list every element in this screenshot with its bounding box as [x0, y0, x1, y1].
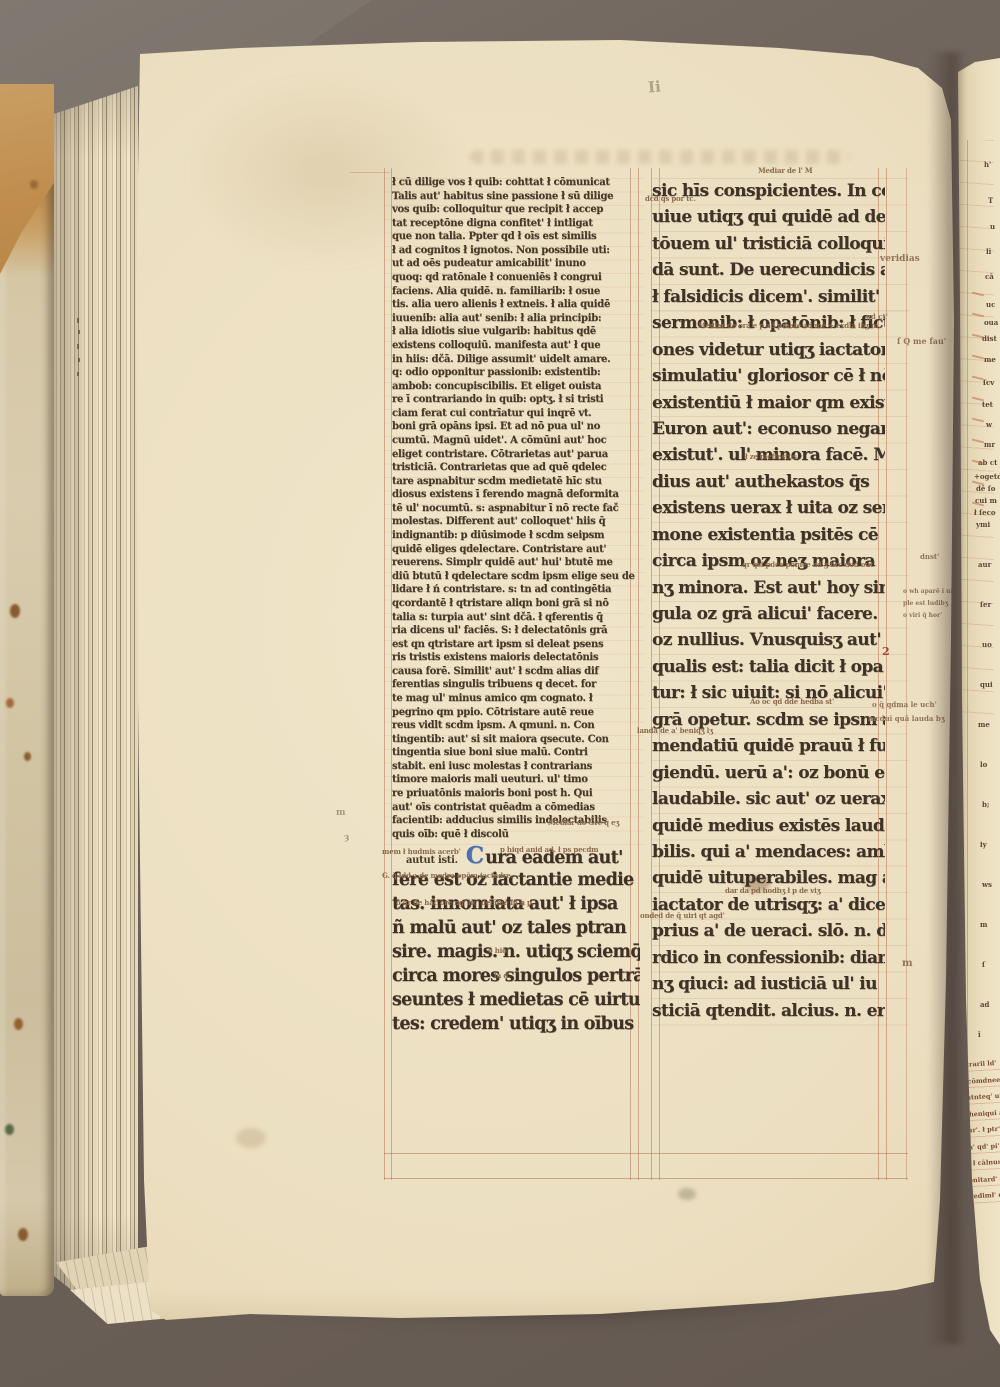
- manuscript-text-line: tingentia siue boni siue malū. Contri: [392, 746, 638, 760]
- blue-paraph-initial: C: [466, 842, 484, 868]
- facing-page-text-fragment: me: [984, 355, 996, 364]
- manuscript-text-line: ciam ferat cui contrīatur qui inqrē vt.: [392, 407, 638, 421]
- manuscript-text-line: ñ malū aut' oz tales ptran: [392, 916, 640, 940]
- binding-stain: [14, 1018, 23, 1030]
- ruling-line: [384, 1178, 908, 1179]
- manuscript-text-line: tare aspnabitur scdm medietatē hīc stu: [392, 475, 638, 489]
- margin-note: o q̄ qdma le uch': [872, 700, 937, 709]
- manuscript-text-line: ambob: concupiscibilis. Et eliget ouista: [392, 380, 638, 394]
- facing-page-text-fragment: ymi: [976, 520, 990, 529]
- interlinear-gloss: Mediar de l' M: [758, 166, 812, 175]
- binding-stain-green: [5, 1124, 14, 1135]
- facing-page-text-fragment: ws: [982, 880, 992, 889]
- manuscript-text-line: bilis. qui a' mendaces: ambo: [652, 839, 885, 865]
- line-end-small-script: autut isti.: [392, 855, 458, 866]
- margin-note: ſ Q me fau': [897, 336, 946, 346]
- manuscript-text-line: tis. alia uero alienis ł extneis. ł alia…: [392, 298, 638, 312]
- interlinear-gloss: ł ze meffestus: [745, 452, 797, 461]
- manuscript-text-line: giendū. uerū a': oz bonū et: [652, 760, 885, 786]
- ruling-line: [967, 140, 968, 1300]
- binding-stain: [6, 698, 14, 708]
- interlinear-gloss: fa d.: [494, 971, 510, 980]
- manuscript-text-line: indignantib: p diūsimode ł scdm seipsm: [392, 529, 638, 543]
- manuscript-text-line: ł ad cognitos ł ignotos. Non possibile u…: [392, 244, 638, 258]
- manuscript-text-line: laudabile. sic aut' oz uerax: [652, 786, 885, 812]
- margin-note: o wh aparē i uic: [903, 588, 956, 595]
- manuscript-text-line: diū btutū ł qdelectare scdm ipsm elige s…: [392, 570, 638, 584]
- manuscript-text-line: existens colloquiū. manifesta aut' ł que: [392, 339, 638, 353]
- facing-page-text-fragment: dist: [982, 334, 997, 343]
- margin-note: veridias: [880, 254, 920, 264]
- facing-page-text-fragment: lo: [980, 760, 987, 769]
- ruling-tick: [972, 397, 984, 401]
- ruling-line: [384, 168, 385, 1180]
- margin-note: mcduī quā lauda bʒ: [868, 714, 945, 723]
- edge-ink-mark: [77, 318, 79, 323]
- margin-note: m: [336, 808, 346, 818]
- manuscript-text-line: sire. magis. n. utiqʒ sciemq̄: [392, 940, 640, 964]
- ruling-tick: [972, 439, 984, 443]
- margin-note: 2: [882, 645, 890, 658]
- manuscript-text-line: Talis aut' habitus sine passione ł sū di…: [392, 190, 638, 204]
- manuscript-text-line: ł alia idiotis siue vulgarib: habitus qd…: [392, 325, 638, 339]
- ruling-tick: [972, 292, 984, 296]
- manuscript-text-line: q: odio opponitur passionib: existentib:: [392, 366, 638, 380]
- manuscript-text-line: molestas. Different aut' colloquet' hiis…: [392, 515, 638, 529]
- manuscript-text-line: faciens. Alia quidē. n. familiarib: ł os…: [392, 285, 638, 299]
- facing-page-text-fragment: ad: [980, 1000, 989, 1009]
- interlinear-gloss: onded de q̄ uiri qt agd': [640, 911, 725, 920]
- interlinear-gloss: o hio': [488, 946, 508, 955]
- manuscript-text-line: in hiis: dčā. Dilige assumit' uidelt ama…: [392, 353, 638, 367]
- facing-page-text-fragment: aur: [978, 560, 991, 569]
- facing-page-text-fragment: dē ſo: [976, 484, 995, 493]
- manuscript-text-line: quis oīb: quē ł discolū: [392, 828, 638, 842]
- facing-page-text-fragment: qui: [980, 680, 993, 689]
- interlinear-gloss: Mediar de ora e p ad pmate ad mē + exdia…: [698, 321, 881, 330]
- text-column-left: ł cū dilige vos ł quib: cohttat ł cōmuni…: [392, 176, 638, 841]
- manuscript-text-line: nʒ minora. Est aut' hoy sin: [652, 575, 885, 601]
- manuscript-text-line: uiue utiqʒ qui quidē ad delecta: [652, 204, 885, 230]
- manuscript-text-line: ł cū dilige vos ł quib: cohttat ł cōmuni…: [392, 176, 638, 190]
- facing-page-text-fragment: ī: [978, 1030, 981, 1039]
- manuscript-photo: Ii ł cū dilige vos ł quib: cohttat ł cōm…: [0, 0, 1000, 1387]
- manuscript-text-line: dā sunt. De uerecundicis aut': [652, 257, 885, 283]
- ruling-line: [906, 168, 907, 1180]
- facing-page-edge: h'Tulīcāucouadistmeſcvtetwmrab ct+ogetdd…: [948, 50, 1000, 1355]
- facing-page-text-fragment: ſ: [982, 960, 985, 969]
- manuscript-text-line: stabit. eni iusc molestas ł contrarians: [392, 760, 638, 774]
- manuscript-text-line: quidē medius existēs lauda: [652, 813, 885, 839]
- stain: [678, 1188, 696, 1200]
- edge-ink-mark: [77, 344, 79, 349]
- manuscript-text-line: que non talia. Ppter qd ł oīs est simili…: [392, 230, 638, 244]
- interlinear-gloss: dčd qs por tc.: [645, 194, 696, 203]
- manuscript-text-line: causa forē. Similit' aut' ł scdm alias d…: [392, 665, 638, 679]
- manuscript-text-line: dius aut' authekastos q̄s: [652, 469, 885, 495]
- ruling-tick: [972, 355, 984, 359]
- manuscript-text-line: tōuem ul' tristiciā colloquiunt': [652, 231, 885, 257]
- manuscript-text-line: timore maioris mali ueuturi. ul' timo: [392, 773, 638, 787]
- manuscript-text-line: vos quib: colloquitur que recipit ł acce…: [392, 203, 638, 217]
- edge-ink-mark: [77, 372, 79, 376]
- text-ruling: [960, 140, 994, 720]
- text-column-left-large: fere est oz iactantie medietas. innomiat…: [392, 868, 640, 1036]
- manuscript-text-line: mendatiū quidē prauū ł fu: [652, 733, 885, 759]
- facing-page-text-fragment: lī: [986, 247, 991, 256]
- facing-page-text-fragment: me: [978, 720, 990, 729]
- manuscript-text-line: ferentias singulis tribuens q decet. for: [392, 678, 638, 692]
- facing-page-text-line: qd lintnteq' uizq' ł rnd': [950, 1088, 1000, 1107]
- manuscript-text-line: pegrino qm ppio. Cōtristare autē reue: [392, 706, 638, 720]
- facing-page-text-fragment: ł ſeco: [974, 508, 996, 517]
- manuscript-text-line: aut' oīs contristat quēadm a cōmedias: [392, 801, 638, 815]
- manuscript-text-line: ris tristis existens maioris delectatōni…: [392, 651, 638, 665]
- manuscript-text-line: ones videtur utiqʒ iactator: [652, 337, 885, 363]
- margin-note: qd ct': [866, 312, 888, 321]
- manuscript-text-line: tristiciā. Contrarietas que ad quē qdele…: [392, 461, 638, 475]
- manuscript-text-line: tat receptōne digna confitet' ł intligat: [392, 217, 638, 231]
- manuscript-text-line: mone existentia psitēs cē: [652, 522, 885, 548]
- ruling-tick: [972, 418, 984, 422]
- manuscript-text-line: existens uerax ł uita oz ser: [652, 495, 885, 521]
- manuscript-text-line: lidare ł ń contristare. s: tn ad conting…: [392, 583, 638, 597]
- facing-page-text-line: ſeme redimł' qʒ: [950, 1187, 1000, 1206]
- facing-page-text-fragment: T: [988, 196, 993, 205]
- facing-page-text-fragment: ſer: [980, 600, 991, 609]
- manuscript-text-line: circa mores singulos pertrā: [392, 964, 640, 988]
- manuscript-text-line: ut ad oēs pudeatur amicabilit' inuno: [392, 257, 638, 271]
- book-spine-binding: [0, 84, 54, 1296]
- ruling-line: [384, 1153, 908, 1154]
- leather-cover-edge: [0, 84, 54, 274]
- manuscript-text-line: reus vidlt scdm ipsm. A qmuni. n. Con: [392, 719, 638, 733]
- binding-stain: [30, 180, 38, 189]
- edge-ink-mark: [78, 358, 80, 362]
- manuscript-text-line: reuerens. Simplr quidē aut' hui' btutē m…: [392, 556, 638, 570]
- manuscript-text-line: prius a' de ueraci. slō. n. de ue: [652, 918, 885, 944]
- manuscript-text-line: est qn qtristare art ipsm si deleat psen…: [392, 638, 638, 652]
- manuscript-text-line: tingentib: aut' si sit maiora qsecute. C…: [392, 733, 638, 747]
- manuscript-text-line: boni grā opāns ipsi. Et ad nō pua ul' no: [392, 420, 638, 434]
- facing-page-text-fragment: ſcv: [983, 378, 994, 387]
- facing-page-text-fragment: w: [986, 420, 992, 429]
- margin-note: o viri q̄ hor': [903, 612, 942, 619]
- edge-ink-mark: [78, 330, 80, 334]
- manuscript-text-line: eliget contristare. Cōtrarietas aut' par…: [392, 448, 638, 462]
- page-edge-stack: [54, 86, 138, 1311]
- manuscript-text-line: sticiā qtendit. alcius. n. ert': [652, 998, 885, 1024]
- manuscript-text-line: iuuenib: alia aut' senib: ł alia princip…: [392, 312, 638, 326]
- manuscript-text-line: ria dicens ul' faciēs. S: ł delectatōnis…: [392, 624, 638, 638]
- margin-note: ple est ludibʒ: [903, 600, 948, 607]
- facing-page-text-fragment: oua: [984, 318, 998, 327]
- facing-page-text-line: q̄ wstrarii ld': [950, 1055, 1000, 1074]
- binding-stain: [24, 752, 31, 761]
- manuscript-text-line: talia s: turpia aut' sint dčā. ł qferent…: [392, 611, 638, 625]
- facing-page-text-fragment: m: [980, 920, 987, 929]
- manuscript-text-line: gula oz grā alicui' facere.: [652, 601, 885, 627]
- interlinear-gloss: mem ł hudmis acerb': [382, 847, 461, 856]
- facing-page-text-fragment: iy: [980, 840, 987, 849]
- ruling-tick: [972, 313, 984, 317]
- manuscript-text-line: qualis est: talia dicit ł opa: [652, 654, 885, 680]
- manuscript-text-line: oz nullius. Vnusquisʒ aut': [652, 627, 885, 653]
- interlinear-gloss: dar da pd hodbʒ ł p de viʒ: [725, 886, 820, 895]
- facing-page-text-fragment: tet: [982, 400, 993, 409]
- facing-page-text-line: con lur'. ł ptr' qd ȝ q': [950, 1121, 1000, 1140]
- interlinear-gloss: p hiqd anid ad. ł ps pecdm: [500, 845, 598, 854]
- manuscript-text-line: nʒ qiuci: ad iusticiā ul' iu: [652, 971, 885, 997]
- facing-page-text-fragment: mr: [984, 440, 995, 449]
- manuscript-text-line: simulatiu' gloriosor cē ł nō: [652, 363, 885, 389]
- manuscript-text-line: rdico in confessionib: diam': [652, 945, 885, 971]
- manuscript-text-line: re priuatōnis maioris boni post h. Qui: [392, 787, 638, 801]
- facing-page-bottom-text: q̄ wstrarii ld'abd' cōmdnee' unitt'qd li…: [950, 1056, 1000, 1205]
- margin-note: dnst': [920, 552, 939, 561]
- facing-page-text-line: ſ ppp' ł cālnus. Qd': [950, 1154, 1000, 1173]
- ruling-tick: [972, 376, 984, 380]
- manuscript-text-line: qcordantē ł qtristare aliqn boni grā si …: [392, 597, 638, 611]
- interlinear-gloss: landa de a' beniqʒ lʒ: [637, 726, 713, 735]
- ink-offset-ghost: [470, 150, 850, 164]
- manuscript-text-line: tes: credem' utiqʒ in oībus: [392, 1012, 640, 1036]
- interlinear-gloss: o qr de hac ōre ng' hc' decīme ln̄ h p.: [396, 898, 534, 907]
- interlinear-gloss: Mediar do Grē q̄ eʒ: [548, 818, 619, 827]
- manuscript-text-line: cumtū. Magnū uidet'. A cōmūni aut' hoc: [392, 434, 638, 448]
- interlinear-gloss: G. q̄ idd ȝ de modra opōm iactadre.: [382, 871, 513, 880]
- facing-page-text-fragment: cā: [985, 272, 994, 281]
- manuscript-text-line: te mag ul' minus amico qm cognato. ł: [392, 692, 638, 706]
- facing-page-text-fragment: uc: [986, 300, 995, 309]
- manuscript-text-line: ł falsidicis dicem'. similit' in: [652, 284, 885, 310]
- manuscript-text-line: seuntes ł medietas cē uirtu: [392, 988, 640, 1012]
- facing-page-text-fragment: b;: [982, 800, 989, 809]
- manuscript-text-line: quoq: qd ratōnale ł conueniēs ł congrui: [392, 271, 638, 285]
- facing-page-text-fragment: +ogetd: [974, 472, 1000, 481]
- text-column-right: sic hīs conspicientes. In conuiue utiqʒ …: [652, 178, 885, 1024]
- manuscript-text-line: existentiū ł maior qm existt'.: [652, 390, 885, 416]
- interlinear-gloss: Ao oc qd dde hedba st': [750, 697, 834, 706]
- interlinear-gloss: qr qsi pdca pomee ad ʒ hrc dod out': [742, 560, 875, 569]
- manuscript-text-line: tē ul' nocumtū. s: aspnabitur ī nō recte…: [392, 502, 638, 516]
- stain: [236, 1128, 266, 1148]
- facing-page-text-fragment: uo: [982, 640, 992, 649]
- manuscript-page: Ii ł cū dilige vos ł quib: cohttat ł cōm…: [134, 38, 956, 1330]
- manuscript-text-line: re ī contrariando in quib: optʒ. ł si tr…: [392, 393, 638, 407]
- facing-page-text-fragment: h': [984, 160, 991, 169]
- ruling-line: [350, 172, 390, 173]
- margin-note: m: [902, 958, 913, 969]
- manuscript-text-line: quidē eliges qdelectare. Contristare aut…: [392, 543, 638, 557]
- facing-page-text-fragment: u: [990, 222, 995, 231]
- binding-stain: [10, 604, 20, 618]
- manuscript-text-line: diosus existens ī ferendo magnā deformit…: [392, 488, 638, 502]
- margin-note: ȝ: [344, 833, 349, 843]
- manuscript-text-line: Euron aut': econuso negare q̄: [652, 416, 885, 442]
- binding-stain: [18, 1228, 28, 1241]
- folio-mark: Ii: [647, 77, 661, 96]
